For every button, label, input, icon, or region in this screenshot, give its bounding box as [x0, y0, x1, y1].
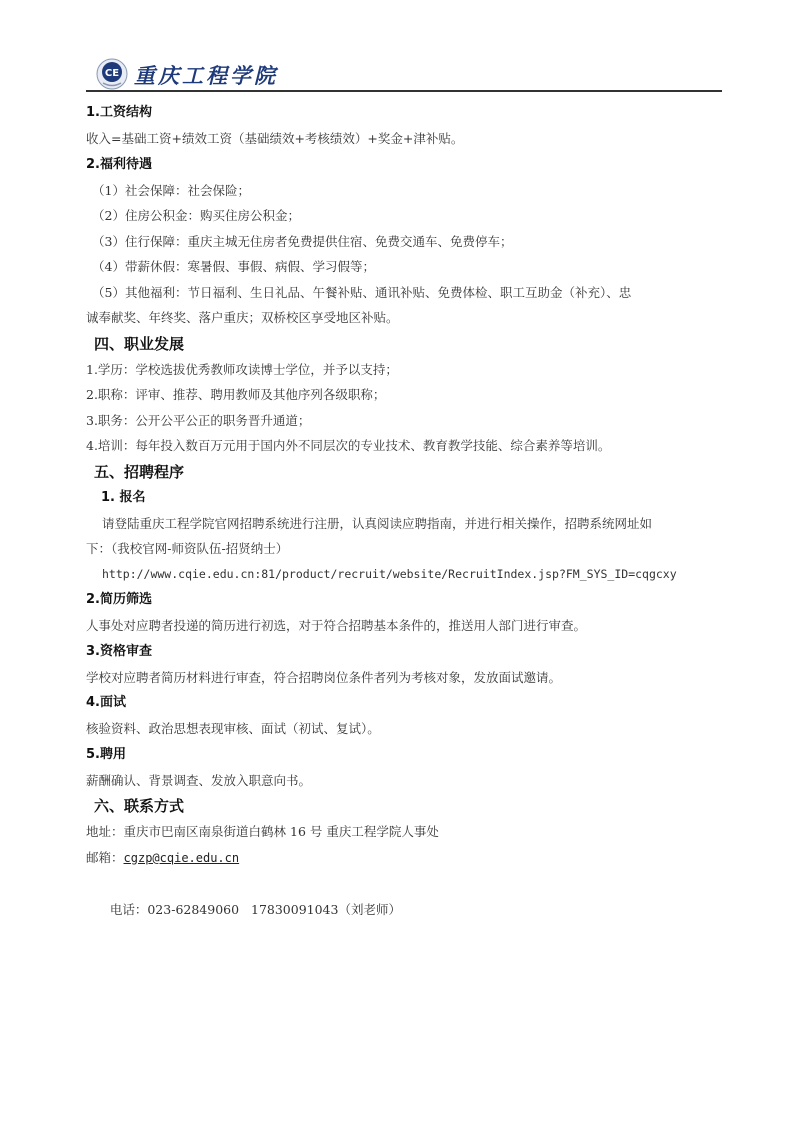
step-title-hiring: 5.聘用	[86, 742, 722, 768]
benefit-item: （2）住房公积金：购买住房公积金；	[86, 203, 722, 229]
email-link[interactable]: cgzp@cqie.edu.cn	[124, 851, 240, 865]
salary-section: 1.工资结构 收入=基础工资+绩效工资（基础绩效+考核绩效）+奖金+津补贴。	[86, 100, 722, 152]
recruitment-heading: 五、招聘程序	[86, 459, 722, 485]
registration-text-continued: 下：（我校官网-师资队伍-招贤纳士）	[86, 536, 722, 562]
contact-address: 地址：重庆市巴南区南泉街道白鹤林 16 号 重庆工程学院人事处	[86, 819, 722, 845]
document-body: 1.工资结构 收入=基础工资+绩效工资（基础绩效+考核绩效）+奖金+津补贴。 2…	[86, 100, 722, 948]
recruitment-url-link[interactable]: http://www.cqie.edu.cn:81/product/recrui…	[86, 562, 722, 588]
address-label: 地址：	[86, 824, 124, 839]
career-item: 2.职称：评审、推荐、聘用教师及其他序列各级职称；	[86, 382, 722, 408]
recruitment-section: 五、招聘程序 1. 报名 请登陆重庆工程学院官网招聘系统进行注册，认真阅读应聘指…	[86, 459, 722, 794]
address-value: 重庆市巴南区南泉街道白鹤林 16 号 重庆工程学院人事处	[124, 824, 439, 839]
page-header: CE 重庆工程学院	[86, 56, 722, 92]
benefits-section: 2.福利待遇 （1）社会保障：社会保险； （2）住房公积金：购买住房公积金； （…	[86, 152, 722, 331]
hiring-text: 薪酬确认、背景调查、发放入职意向书。	[86, 768, 722, 794]
step-title-registration: 1. 报名	[86, 485, 722, 511]
interview-text: 核验资料、政治思想表现审核、面试（初试、复试）。	[86, 716, 722, 742]
phone-value: 023-62849060 17830091043（刘老师）	[147, 902, 401, 917]
career-section: 四、职业发展 1.学历：学校选拔优秀教师攻读博士学位，并予以支持； 2.职称：评…	[86, 331, 722, 459]
contact-heading: 六、联系方式	[86, 793, 722, 819]
step-title-screening: 2.简历筛选	[86, 587, 722, 613]
step-title-interview: 4.面试	[86, 690, 722, 716]
contact-email: 邮箱：cgzp@cqie.edu.cn	[86, 845, 722, 872]
registration-text: 请登陆重庆工程学院官网招聘系统进行注册，认真阅读应聘指南，并进行相关操作，招聘系…	[86, 511, 722, 537]
career-heading: 四、职业发展	[86, 331, 722, 357]
step-title-qualification: 3.资格审查	[86, 639, 722, 665]
school-name-logo: 重庆工程学院	[134, 60, 278, 90]
salary-heading: 1.工资结构	[86, 100, 722, 126]
phone-label: 电话：	[110, 902, 148, 917]
qualification-text: 学校对应聘者简历材料进行审查，符合招聘岗位条件者列为考核对象，发放面试邀请。	[86, 665, 722, 691]
contact-phone: 电话：023-62849060 17830091043（刘老师）	[86, 871, 722, 948]
email-label: 邮箱：	[86, 850, 124, 865]
screening-text: 人事处对应聘者投递的简历进行初选，对于符合招聘基本条件的，推送用人部门进行审查。	[86, 613, 722, 639]
benefit-item: （4）带薪休假：寒暑假、事假、病假、学习假等；	[86, 254, 722, 280]
cqie-emblem-icon: CE	[96, 58, 128, 90]
benefit-item: （3）住行保障：重庆主城无住房者免费提供住宿、免费交通车、免费停车；	[86, 229, 722, 255]
benefits-heading: 2.福利待遇	[86, 152, 722, 178]
career-item: 3.职务：公开公平公正的职务晋升通道；	[86, 408, 722, 434]
benefit-item: （1）社会保障：社会保险；	[86, 178, 722, 204]
career-item: 1.学历：学校选拔优秀教师攻读博士学位，并予以支持；	[86, 357, 722, 383]
contact-section: 六、联系方式 地址：重庆市巴南区南泉街道白鹤林 16 号 重庆工程学院人事处 邮…	[86, 793, 722, 948]
career-item: 4.培训：每年投入数百万元用于国内外不同层次的专业技术、教育教学技能、综合素养等…	[86, 433, 722, 459]
header-divider	[86, 90, 722, 92]
benefit-item: （5）其他福利：节日福利、生日礼品、午餐补贴、通讯补贴、免费体检、职工互助金（补…	[86, 280, 722, 306]
svg-text:CE: CE	[105, 68, 119, 79]
salary-text: 收入=基础工资+绩效工资（基础绩效+考核绩效）+奖金+津补贴。	[86, 126, 722, 152]
benefit-item-continued: 诚奉献奖、年终奖、落户重庆；双桥校区享受地区补贴。	[86, 305, 722, 331]
